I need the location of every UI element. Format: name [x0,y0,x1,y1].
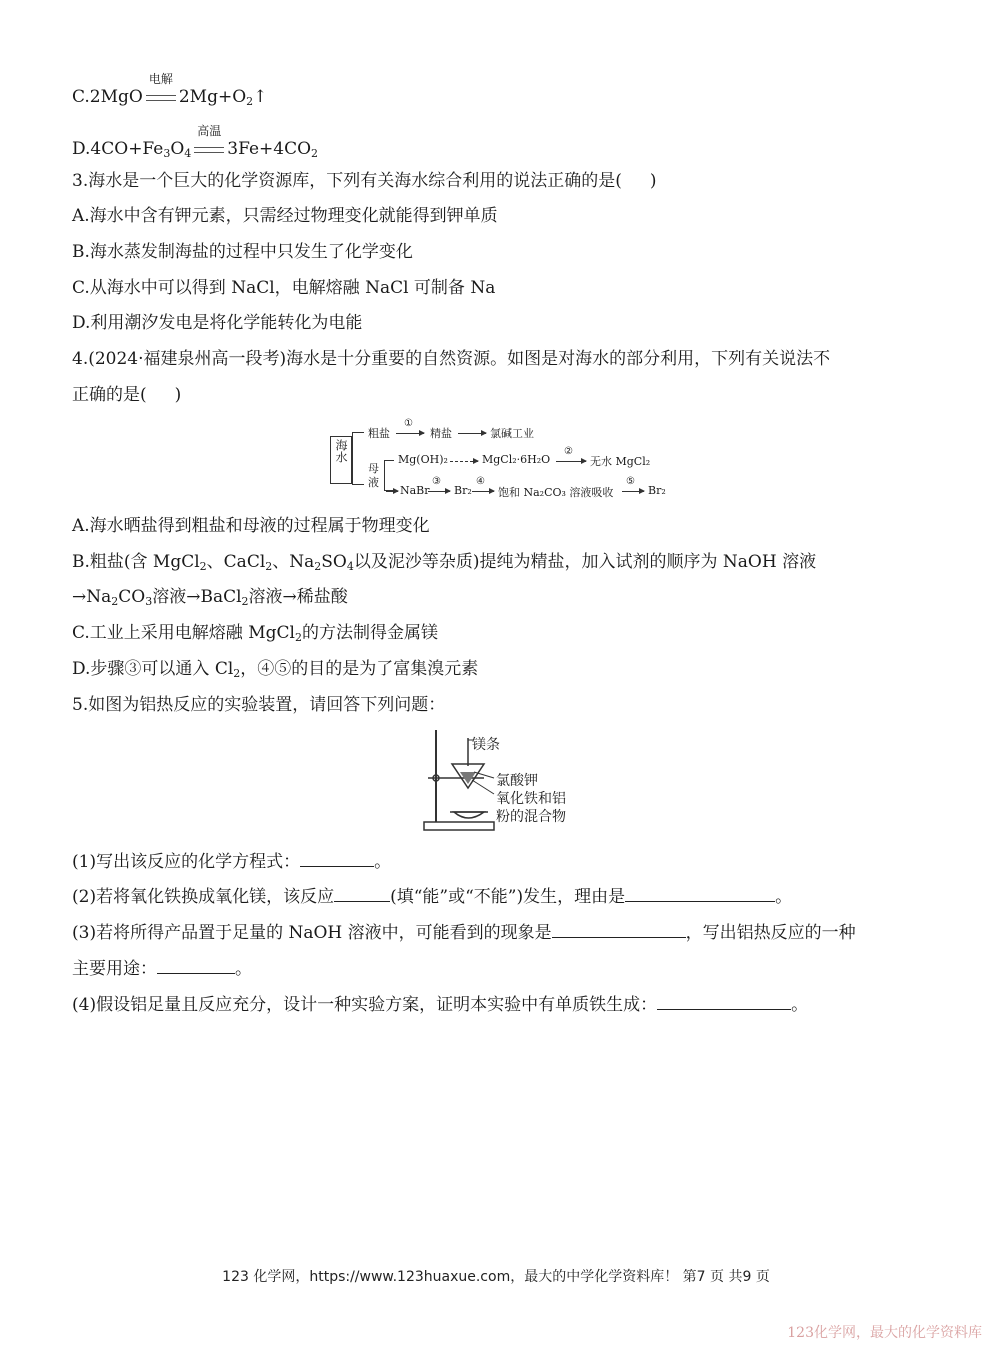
question-text: 正确的是( [72,385,147,405]
text: (3)若将所得产品置于足量的 NaOH 溶液中，可能看到的现象是 [72,923,552,943]
q4-option-c: C.工业上采用电解熔融 MgCl2的方法制得金属镁 [72,622,438,644]
text: 以及泥沙等杂质)提纯为精盐，加入试剂的顺序为 NaOH 溶液 [354,552,816,572]
reaction-condition: 高温 [191,138,227,160]
text: 。 [791,995,808,1015]
br2-final-label: Br₂ [648,484,666,497]
absorb-label: 饱和 Na₂CO₃ 溶液吸收 [498,484,613,500]
mgcl2-hydrate-label: MgCl₂·6H₂O [482,453,550,466]
mg-hydroxide-label: Mg(OH)₂ [398,453,448,466]
text: 的方法制得金属镁 [302,623,438,643]
subscript: 4 [184,147,191,160]
text: 。 [235,959,252,979]
source-label: 海水 [332,439,350,463]
eq-left-mid: O [170,139,184,159]
arrow [396,433,424,434]
eq-left: C.2MgO [72,87,143,107]
text: 溶液→BaCl [152,587,241,607]
q5-part-3: (3)若将所得产品置于足量的 NaOH 溶液中，可能看到的现象是，写出铝热反应的… [72,921,856,944]
answer-blank-3a[interactable] [552,921,686,938]
q3-option-a: A.海水中含有钾元素，只需经过物理变化就能得到钾单质 [72,205,498,227]
subscript: 2 [242,595,249,608]
subscript: 2 [311,147,318,160]
text: D.步骤③可以通入 Cl [72,659,233,679]
q4-stem-line1: 4.(2024·福建泉州高一段考)海水是十分重要的自然资源。如图是对海水的部分利… [72,348,830,370]
paren-close: ) [175,385,182,405]
step-2-label: ② [564,446,573,457]
seawater-box: 海水 [330,436,352,484]
answer-blank-1[interactable] [300,850,374,867]
subscript: 4 [347,560,354,573]
text: C.工业上采用电解熔融 MgCl [72,623,295,643]
q5-part-3-line2: 主要用途：。 [72,957,252,980]
answer-blank-3b[interactable] [157,957,235,974]
q4-option-d: D.步骤③可以通入 Cl2，④⑤的目的是为了富集溴元素 [72,658,478,680]
q3-option-d: D.利用潮汐发电是将化学能转化为电能 [72,312,362,334]
text: (4)假设铝足量且反应充分，设计一种实验方案，证明本实验中有单质铁生成： [72,995,657,1015]
text: (1)写出该反应的化学方程式： [72,852,300,872]
step-4-label: ④ [476,476,485,487]
arrow [450,461,478,462]
eq-left: D.4CO+Fe [72,139,163,159]
answer-blank-2b[interactable] [625,885,775,902]
page-footer: 123 化学网，https://www.123huaxue.com，最大的中学化… [0,1266,992,1286]
text: ，写出铝热反应的一种 [686,923,856,943]
text: CO [118,587,145,607]
text: 、Na [272,552,314,572]
question-text: 3.海水是一个巨大的化学资源库，下列有关海水综合利用的说法正确的是( [72,171,622,191]
paren-close: ) [650,171,657,191]
thermite-apparatus-diagram: 镁条 氯酸钾 氧化铁和铝 粉的混合物 [414,728,594,836]
q4-stem-line2: 正确的是() [72,384,181,406]
arrow [458,433,486,434]
bracket [352,432,353,484]
equals-bar [146,95,176,101]
q4-option-b-line1: B.粗盐(含 MgCl2、CaCl2、Na2SO4以及泥沙等杂质)提纯为精盐，加… [72,551,816,573]
text: 。 [775,887,792,907]
text: (2)若将氧化铁换成氧化镁，该反应 [72,887,334,907]
magnesium-strip-label: 镁条 [472,734,500,754]
bracket-top [384,460,394,461]
seawater-flow-diagram: 海水 粗盐 ① 精盐 氯碱工业 母液 Mg(OH)₂ MgCl₂·6H₂O ② … [326,418,676,506]
q3-option-c: C.从海水中可以得到 NaCl，电解熔融 NaCl 可制备 Na [72,277,495,299]
condition-label: 电解 [143,68,179,90]
answer-blank-4[interactable] [657,993,791,1010]
watermark: 123化学网，最大的化学资料库 [787,1322,982,1342]
step-5-label: ⑤ [626,476,635,487]
q4-option-a: A.海水晒盐得到粗盐和母液的过程属于物理变化 [72,515,430,537]
q5-part-4: (4)假设铝足量且反应充分，设计一种实验方案，证明本实验中有单质铁生成：。 [72,993,808,1016]
anhydrous-mgcl2-label: 无水 MgCl₂ [590,453,650,469]
iron-oxide-aluminum-label: 氧化铁和铝 [496,788,566,808]
eq-right: 3Fe+4CO [227,139,311,159]
arrow [472,491,494,492]
mixture-label: 粉的混合物 [496,806,566,826]
mother-liquor-label: 母液 [368,462,380,490]
text: (填“能”或“不能”)发生，理由是 [390,887,625,907]
q2-option-c: C.2MgO电解2Mg+O2↑ [72,86,267,108]
text: SO [321,552,347,572]
reaction-condition: 电解 [143,86,179,108]
arrow [556,461,586,462]
arrow [622,491,644,492]
refined-salt-label: 精盐 [430,425,452,441]
bracket [384,460,385,490]
text: B.粗盐(含 MgCl [72,552,200,572]
q5-part-2: (2)若将氧化铁换成氧化镁，该反应(填“能”或“不能”)发生，理由是。 [72,885,792,908]
nabr-label: NaBr [400,484,430,497]
q3-stem: 3.海水是一个巨大的化学资源库，下列有关海水综合利用的说法正确的是() [72,170,657,192]
subscript: 2 [295,631,302,644]
q2-option-d: D.4CO+Fe3O4高温3Fe+4CO2 [72,138,318,160]
q5-part-1: (1)写出该反应的化学方程式：。 [72,850,391,873]
condition-label: 高温 [191,120,227,142]
crude-salt-label: 粗盐 [368,425,390,441]
text: →Na [72,587,111,607]
q5-stem: 5.如图为铝热反应的实验装置，请回答下列问题： [72,694,445,716]
eq-right: 2Mg+O [179,87,246,107]
equals-bar [194,147,224,153]
subscript: 2 [200,560,207,573]
chlor-alkali-label: 氯碱工业 [490,425,534,441]
answer-blank-2a[interactable] [334,885,390,902]
q4-option-b-line2: →Na2CO3溶液→BaCl2溶液→稀盐酸 [72,586,348,608]
q3-option-b: B.海水蒸发制海盐的过程中只发生了化学变化 [72,241,413,263]
bracket-top [352,432,364,433]
arrow [428,491,450,492]
text: ，④⑤的目的是为了富集溴元素 [240,659,478,679]
step-1-label: ① [404,418,413,429]
potassium-chlorate-label: 氯酸钾 [496,770,538,790]
text: 溶液→稀盐酸 [249,587,348,607]
br2-label: Br₂ [454,484,472,497]
text: 。 [374,852,391,872]
text: 、CaCl [207,552,266,572]
text: 主要用途： [72,959,157,979]
bracket-bottom [352,484,364,485]
gas-arrow-icon: ↑ [253,87,267,107]
step-3-label: ③ [432,476,441,487]
arrow [386,491,398,492]
